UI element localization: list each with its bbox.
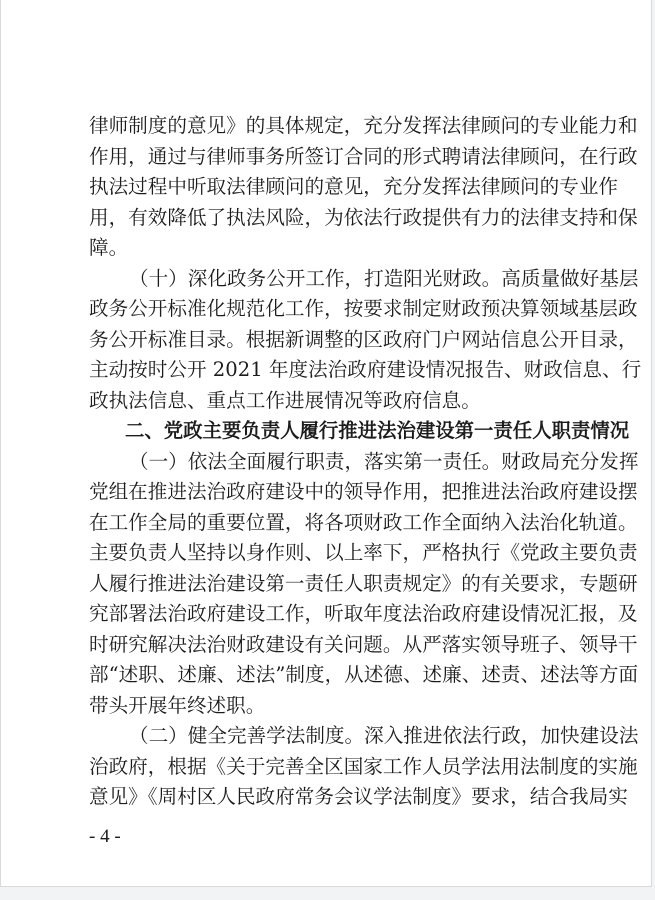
text-line: 律师制度的意见》的具体规定，充分发挥法律顾问的专业能力和 (89, 111, 573, 142)
text-line: 政务公开标准化规范化工作，按要求制定财政预决算领域基层政 (89, 294, 573, 325)
page-number: - 4 - (89, 826, 121, 848)
text-line: 作用，通过与律师事务所签订合同的形式聘请法律顾问，在行政 (89, 142, 573, 173)
text-line: 主动按时公开 2021 年度法治政府建设情况报告、财政信息、行 (89, 355, 573, 386)
text-line: 务公开标准目录。根据新调整的区政府门户网站信息公开目录， (89, 325, 573, 356)
text-line: 治政府，根据《关于完善全区国家工作人员学法用法制度的实施 (89, 752, 573, 783)
text-line: 在工作全局的重要位置，将各项财政工作全面纳入法治化轨道。 (89, 508, 573, 539)
text-line: 用，有效降低了执法风险，为依法行政提供有力的法律支持和保 (89, 203, 573, 234)
document-page: 律师制度的意见》的具体规定，充分发挥法律顾问的专业能力和 作用，通过与律师事务所… (0, 0, 652, 887)
section-two-heading: 二、党政主要负责人履行推进法治建设第一责任人职责情况 (89, 416, 573, 447)
text-line: 执法过程中听取法律顾问的意见，充分发挥法律顾问的专业作 (89, 172, 573, 203)
text-line: 部“述职、述廉、述法”制度，从述德、述廉、述责、述法等方面 (89, 660, 573, 691)
text-line: 究部署法治政府建设工作，听取年度法治政府建设情况汇报，及 (89, 599, 573, 630)
text-line: 带头开展年终述职。 (89, 691, 573, 722)
subsection-one-heading-line: （一）依法全面履行职责，落实第一责任。财政局充分发挥 (89, 447, 573, 478)
subsection-two-heading-line: （二）健全完善学法制度。深入推进依法行政，加快建设法 (89, 721, 573, 752)
text-line: 意见》《周村区人民政府常务会议学法制度》要求，结合我局实 (89, 782, 573, 813)
text-line: 政执法信息、重点工作进展情况等政府信息。 (89, 386, 573, 417)
text-line: 党组在推进法治政府建设中的领导作用，把推进法治政府建设摆 (89, 477, 573, 508)
document-body: 律师制度的意见》的具体规定，充分发挥法律顾问的专业能力和 作用，通过与律师事务所… (89, 111, 573, 813)
text-line: 障。 (89, 233, 573, 264)
text-line: 主要负责人坚持以身作则、以上率下，严格执行《党政主要负责 (89, 538, 573, 569)
text-line: 时研究解决法治财政建设有关问题。从严落实领导班子、领导干 (89, 630, 573, 661)
section-ten-heading-line: （十）深化政务公开工作，打造阳光财政。高质量做好基层 (89, 264, 573, 295)
text-line: 人履行推进法治建设第一责任人职责规定》的有关要求，专题研 (89, 569, 573, 600)
